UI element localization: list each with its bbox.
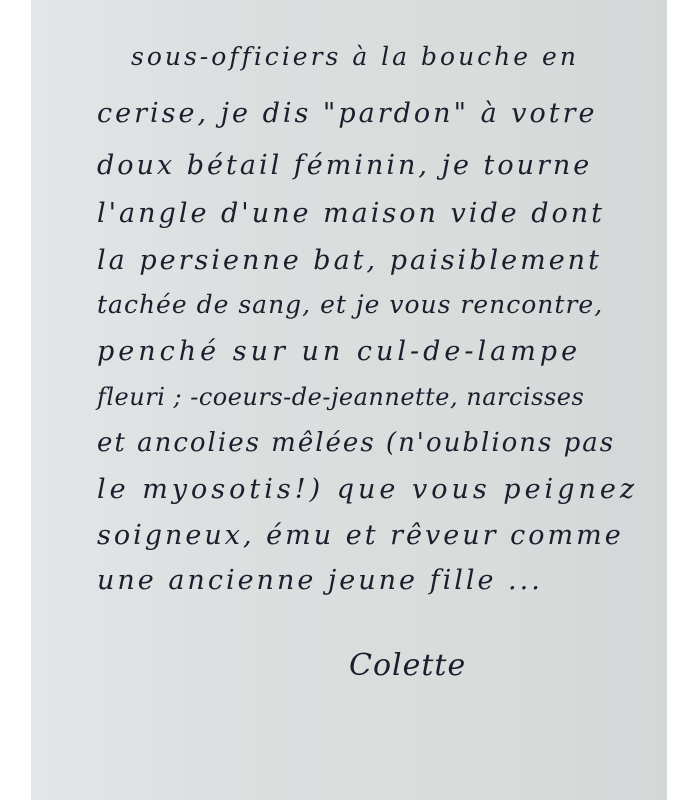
text-line-2: cerise, je dis "pardon" à votre <box>97 98 598 129</box>
text-line-9: et ancolies mêlées (n'oublions pas <box>97 428 615 458</box>
manuscript-page: sous-officiers à la bouche en cerise, je… <box>31 0 667 800</box>
text-line-5: la persienne bat, paisiblement <box>97 245 602 276</box>
signature: Colette <box>349 648 466 683</box>
text-line-4: l'angle d'une maison vide dont <box>97 198 605 229</box>
text-line-1: sous-officiers à la bouche en <box>131 42 579 71</box>
text-line-8: fleuri ; -coeurs-de-jeannette, narcisses <box>97 383 584 411</box>
text-line-12: une ancienne jeune fille ... <box>97 565 543 596</box>
text-line-11: soigneux, ému et rêveur comme <box>97 520 624 551</box>
text-line-10: le myosotis!) que vous peignez <box>97 474 638 505</box>
text-line-3: doux bétail féminin, je tourne <box>97 150 592 181</box>
text-line-6: tachée de sang, et je vous rencontre, <box>97 290 603 319</box>
text-line-7: penché sur un cul-de-lampe <box>97 336 581 367</box>
